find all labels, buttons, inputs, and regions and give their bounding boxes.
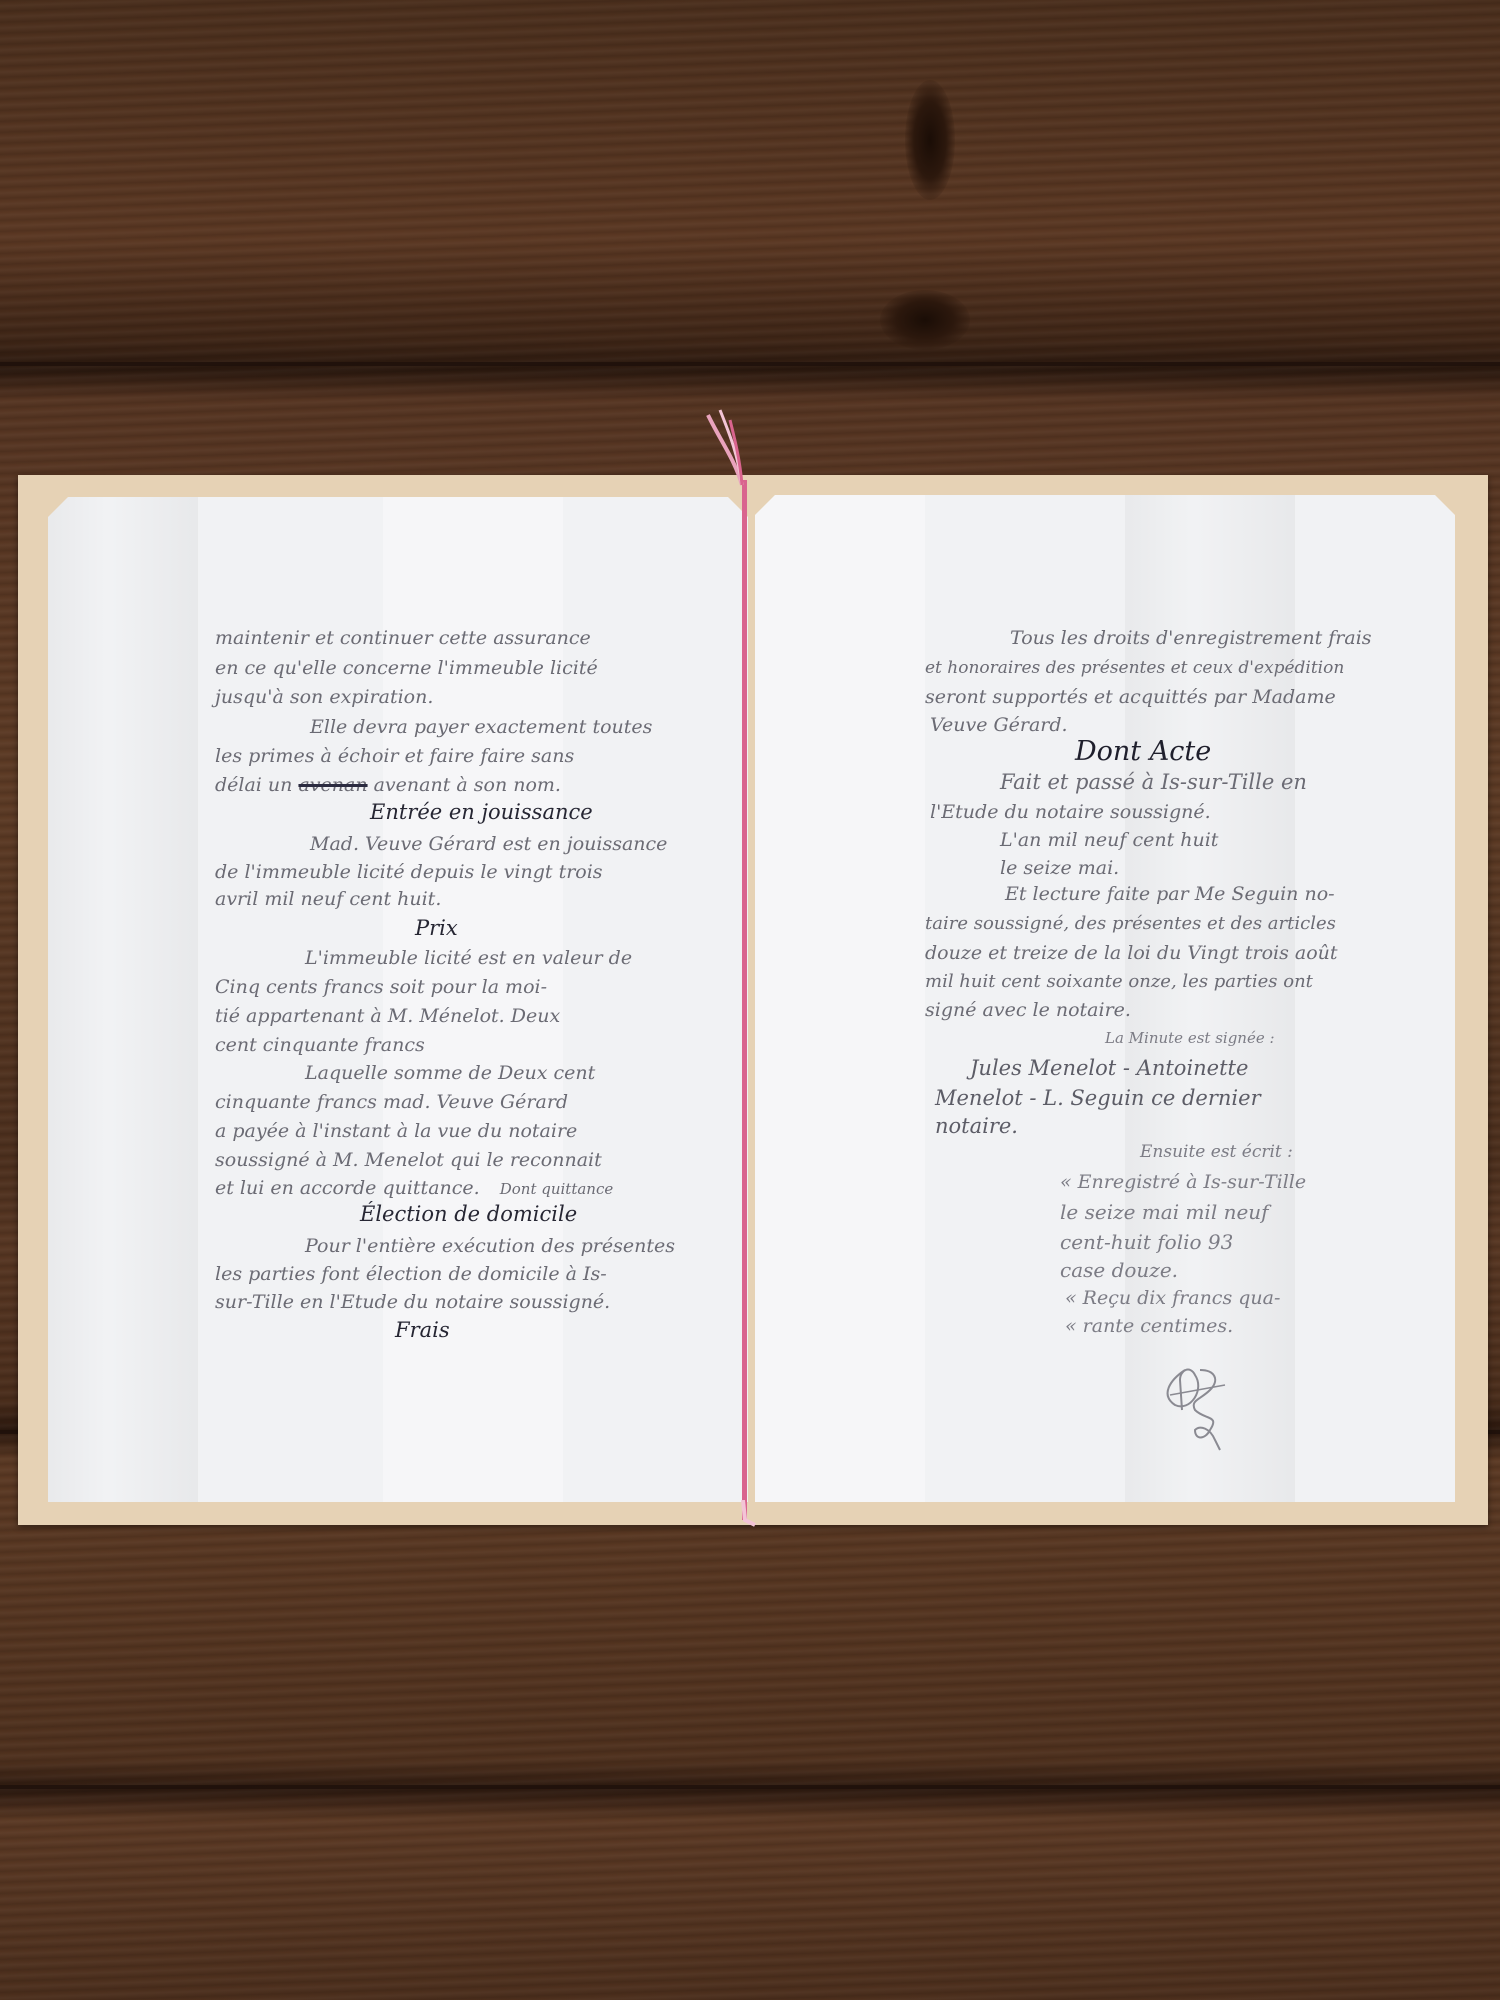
text-line: et lui en accorde quittance. Dont quitta… — [215, 1188, 613, 1189]
thread-tail-icon — [735, 1500, 765, 1530]
wood-plank-seam — [0, 362, 1500, 366]
binding-thread — [742, 480, 747, 1520]
text-fragment: délai un — [215, 774, 292, 796]
page-fold — [48, 497, 198, 1502]
wood-knot — [880, 290, 970, 350]
thread-tassel-icon — [690, 400, 750, 490]
text-fragment: et lui en accorde quittance. — [215, 1177, 480, 1199]
struck-word: avenan — [298, 774, 367, 796]
monogram-flourish-icon — [1150, 1350, 1240, 1460]
text-fragment: avenant à son nom. — [374, 774, 561, 796]
wood-knot — [905, 80, 955, 200]
dont-quittance-note: Dont quittance — [500, 1180, 614, 1198]
wood-plank-seam — [0, 1785, 1500, 1789]
page-fold — [755, 495, 925, 1502]
